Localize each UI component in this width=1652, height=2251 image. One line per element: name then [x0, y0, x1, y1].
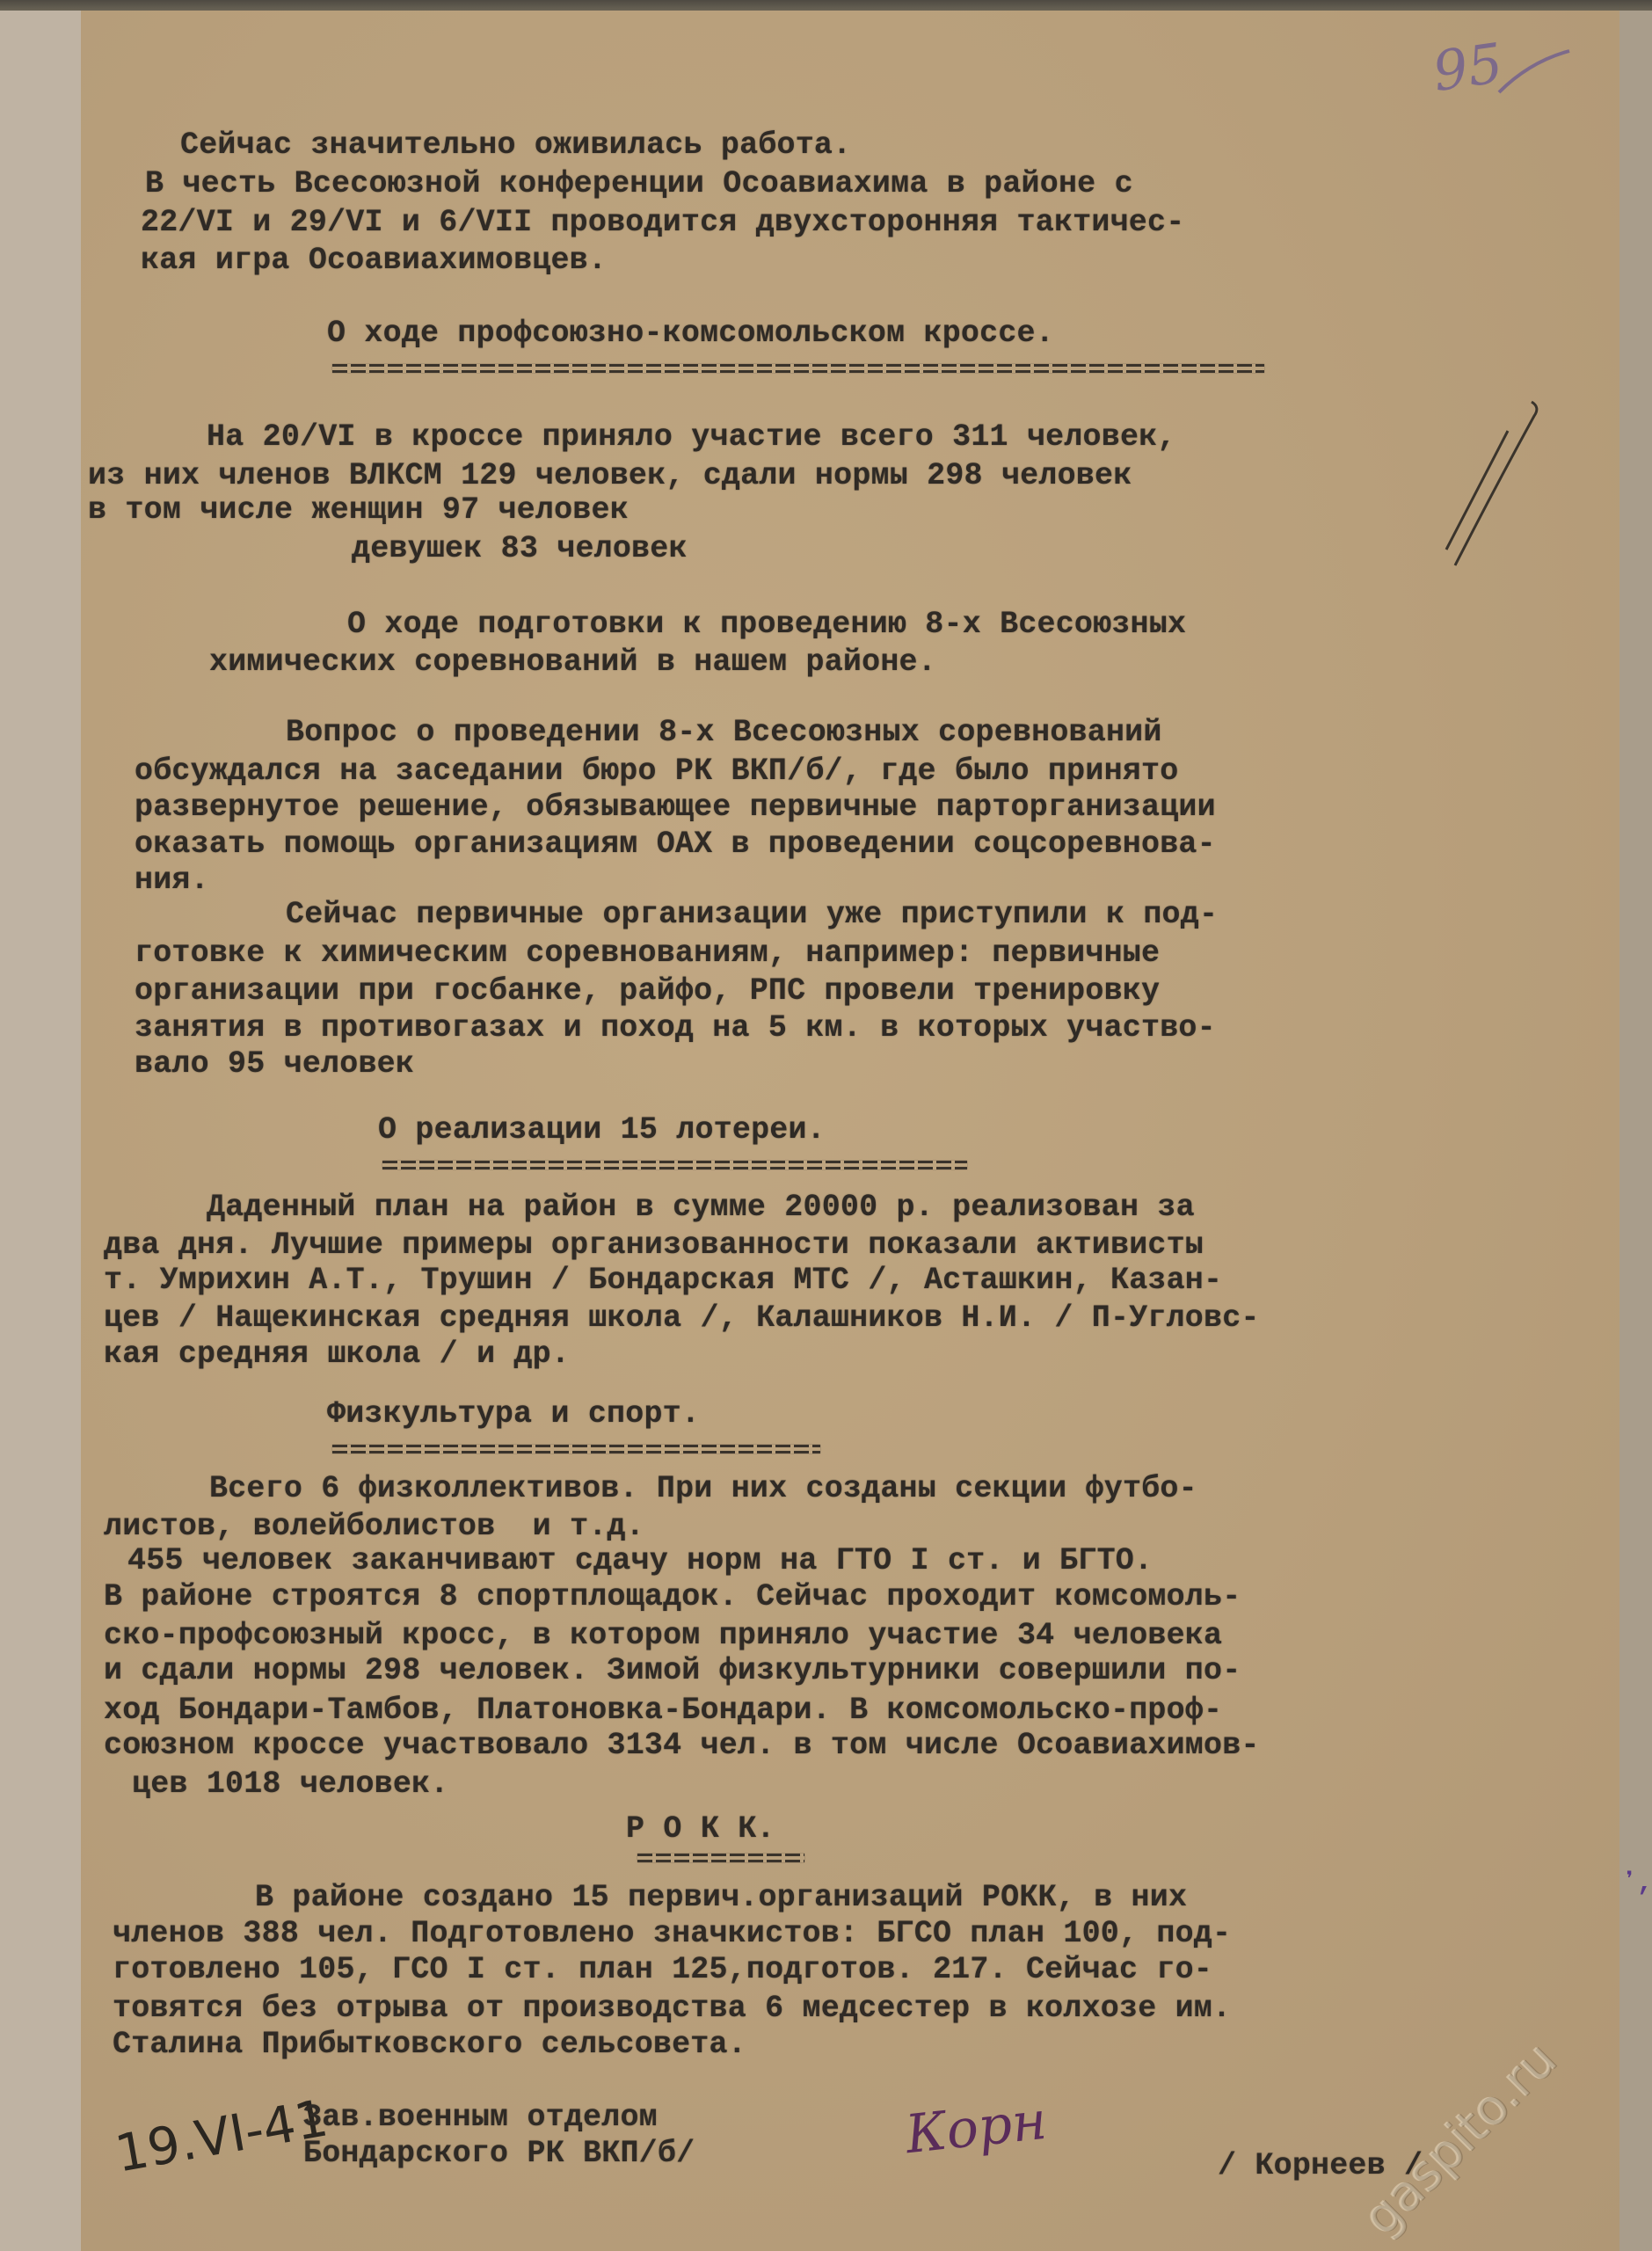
body-line: занятия в противогазах и поход на 5 км. …: [135, 1010, 1216, 1045]
heading-underline: [637, 1854, 804, 1862]
body-line: Вопрос о проведении 8-х Всесоюзных сорев…: [286, 715, 1162, 750]
intro-line: В честь Всесоюзной конференции Осоавиахи…: [145, 166, 1133, 201]
body-line: ско-профсоюзный кросс, в котором приняло…: [104, 1618, 1222, 1653]
page-number-flourish-icon: [1495, 44, 1574, 97]
section-heading-chemical: О ходе подготовки к проведению 8-х Всесо…: [347, 607, 1186, 642]
signatory-position: Зав.военным отделом: [303, 2100, 658, 2135]
body-line: Сейчас первичные организации уже приступ…: [286, 897, 1218, 932]
body-line: и сдали нормы 298 человек. Зимой физкуль…: [104, 1653, 1241, 1688]
body-line: Всего 6 физколлективов. При них созданы …: [209, 1471, 1197, 1506]
section-heading-rokk: Р О К К.: [626, 1811, 775, 1847]
intro-line: кая игра Осоавиахимовцев.: [141, 243, 607, 278]
section-heading-sport: Физкультура и спорт.: [327, 1396, 700, 1431]
body-line: В районе строятся 8 спортплощадок. Сейча…: [104, 1579, 1241, 1614]
section-heading-chemical: химических соревнований в нашем районе.: [209, 645, 936, 680]
heading-underline: [332, 364, 1264, 373]
body-line: Сталина Прибытковского сельсовета.: [113, 2027, 746, 2062]
body-line: готовлено 105, ГСО I ст. план 125,подгот…: [113, 1952, 1212, 1987]
body-line: 455 человек заканчивают сдачу норм на ГТ…: [127, 1543, 1153, 1578]
intro-line: 22/VI и 29/VI и 6/VII проводится двухсто…: [141, 205, 1184, 240]
heading-underline: [382, 1161, 967, 1169]
body-line: На 20/VI в кроссе приняло участие всего …: [207, 419, 1176, 455]
body-line: два дня. Лучшие примеры организованности…: [104, 1227, 1204, 1263]
scan-left-margin: [0, 11, 81, 2251]
body-line: оказать помощь организациям ОАХ в провед…: [135, 827, 1216, 862]
body-line: развернутое решение, обязывающее первичн…: [135, 790, 1216, 825]
body-line: Даденный план на район в сумме 20000 р. …: [207, 1190, 1195, 1225]
body-line: листов, волейболистов и т.д.: [104, 1509, 644, 1544]
body-line: членов 388 чел. Подготовлено значкистов:…: [113, 1916, 1231, 1951]
body-line: обсуждался на заседании бюро РК ВКП/б/, …: [135, 754, 1178, 789]
body-line: ния.: [135, 863, 209, 898]
body-line: девушек 83 человек: [352, 531, 688, 566]
body-line: кая средняя школа / и др.: [104, 1337, 570, 1372]
margin-check-mark-icon: [1442, 391, 1547, 567]
body-line: товятся без отрыва от производства 6 мед…: [113, 1991, 1231, 2026]
margin-ink-mark: ❜,: [1621, 1866, 1652, 1898]
body-line: готовке к химическим соревнованиям, напр…: [135, 936, 1160, 971]
scan-right-margin: ❜,: [1619, 11, 1652, 2251]
body-line: в том числе женщин 97 человек: [88, 492, 629, 528]
heading-underline: [332, 1445, 820, 1453]
body-line: из них членов ВЛКСМ 129 человек, сдали н…: [88, 458, 1132, 493]
body-line: организации при госбанке, райфо, РПС про…: [135, 973, 1160, 1009]
body-line: вало 95 человек: [135, 1046, 414, 1082]
body-line: т. Умрихин А.Т., Трушин / Бондарская МТС…: [104, 1263, 1222, 1298]
body-line: ход Бондари-Тамбов, Платоновка-Бондари. …: [104, 1693, 1222, 1728]
body-line: цев 1018 человек.: [132, 1767, 448, 1802]
signatory-position: Бондарского РК ВКП/б/: [303, 2136, 695, 2171]
body-line: союзном кроссе участвовало 3134 чел. в т…: [104, 1728, 1260, 1763]
section-heading-cross: О ходе профсоюзно-комсомольском кроссе.: [327, 316, 1054, 351]
body-line: В районе создано 15 первич.организаций Р…: [255, 1880, 1187, 1915]
body-line: цев / Нащекинская средняя школа /, Калаш…: [104, 1300, 1260, 1336]
section-heading-lottery: О реализации 15 лотереи.: [378, 1112, 826, 1147]
intro-line: Сейчас значительно оживилась работа.: [180, 127, 851, 163]
